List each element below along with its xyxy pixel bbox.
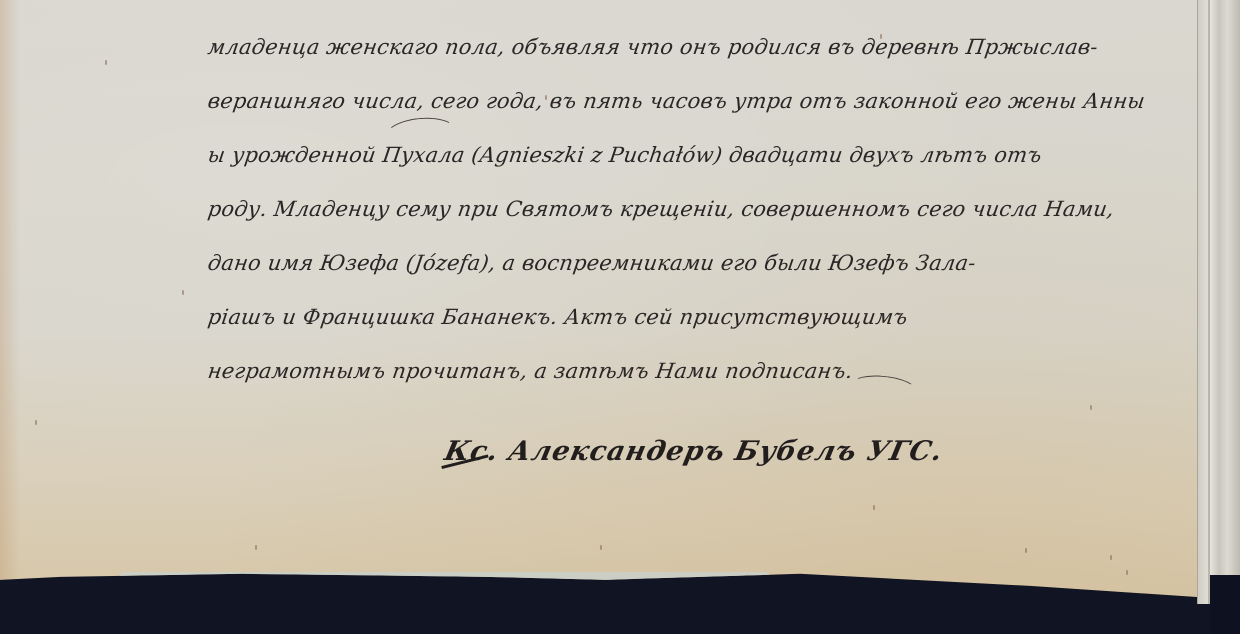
paper-speck [1090, 405, 1092, 410]
text-line-7: неграмотнымъ прочитанъ, а затѣмъ Нами по… [204, 344, 1240, 398]
text-line-6: ріашъ и Францишка Бананекъ. Актъ сей при… [204, 290, 1240, 344]
text-line-5: дано имя Юзефа (Józefa), а воспреемникам… [204, 236, 1240, 290]
text-line-1: младенца женскаго пола, объявляя что онъ… [204, 20, 1240, 74]
paper-speck [35, 420, 37, 425]
paper-speck [105, 60, 107, 65]
text-line-2: вераншняго числа, сего года, въ пять час… [204, 74, 1240, 128]
paper-speck [182, 290, 184, 295]
paper-speck [1025, 548, 1027, 553]
book-binding-fold [1197, 0, 1240, 604]
document-page: младенца женскаго пола, объявляя что онъ… [0, 0, 1212, 604]
binding-crease [1208, 0, 1210, 604]
handwritten-text-block: младенца женскаго пола, объявляя что онъ… [208, 20, 1238, 398]
signature: Кс. Александеръ Бубелъ УГС. [442, 436, 946, 467]
paper-speck [1110, 555, 1112, 560]
paper-speck [1126, 570, 1128, 575]
paper-speck [255, 545, 257, 550]
text-line-3: ы урожденной Пухала (Agnieszki z Puchałó… [204, 128, 1240, 182]
paper-speck [600, 545, 602, 550]
text-line-4: роду. Младенцу сему при Святомъ крещеніи… [204, 182, 1240, 236]
underlying-page-edge [120, 572, 770, 582]
background-shadow [1210, 575, 1240, 634]
paper-speck [873, 505, 875, 510]
